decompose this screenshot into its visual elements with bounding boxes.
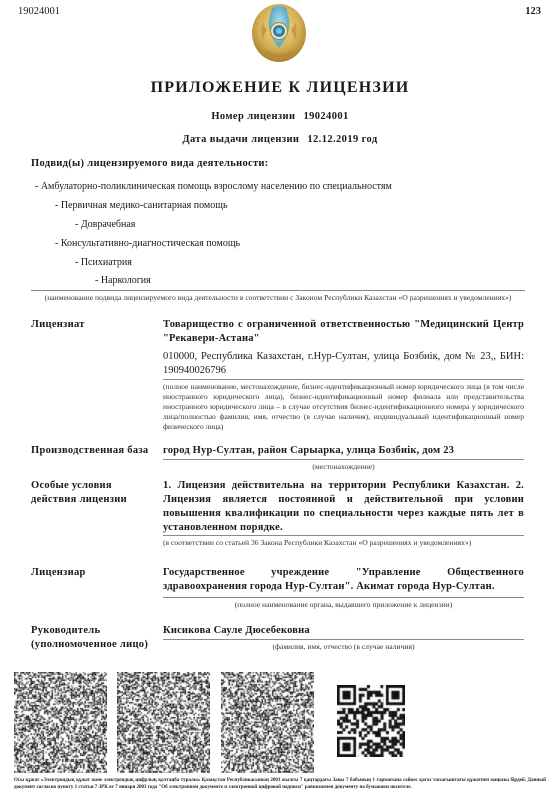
document-number: 19024001	[18, 6, 60, 17]
licensee-label: Лицензиат	[31, 318, 85, 332]
head-label: Руководитель (уполномоченное лицо)	[31, 624, 161, 652]
special-conditions-caption: (в соответствии со статьей 36 Закона Рес…	[163, 538, 524, 548]
divider	[163, 535, 524, 536]
head-value: Кисикова Сауле Дюсебековна	[163, 624, 524, 638]
license-number-value: 19024001	[303, 111, 348, 122]
production-base-label: Производственная база	[31, 444, 148, 458]
page-number: 123	[525, 6, 541, 17]
signature-barcode	[117, 672, 210, 773]
subtype-item: - Консультативно-диагностическая помощь	[55, 238, 240, 249]
licensee-caption: (полное наименование, местонахождение, б…	[163, 382, 524, 432]
licensee-address: 010000, Республика Казахстан, г.Нур-Султ…	[163, 350, 524, 378]
subtype-item: - Наркология	[95, 275, 151, 286]
licensor-value: Государственное учреждение "Управление О…	[163, 566, 524, 594]
divider	[163, 639, 524, 640]
special-conditions-value: 1. Лицензия действительна на территории …	[163, 479, 524, 535]
issue-date-value: 12.12.2019 год	[307, 134, 377, 145]
divider	[163, 379, 524, 380]
production-base-caption: (местонахождение)	[163, 462, 524, 472]
subtype-item: - Психиатрия	[75, 257, 132, 268]
subtype-item: - Доврачебная	[75, 219, 135, 230]
license-number-label: Номер лицензии	[211, 111, 295, 122]
licensor-label: Лицензиар	[31, 566, 86, 580]
subtype-item: - Первичная медико-санитарная помощь	[55, 200, 228, 211]
footer-disclaimer: Осы құжат «Электрондық құжат және электр…	[14, 777, 546, 791]
head-caption: (фамилия, имя, отчество (в случае наличи…	[163, 642, 524, 652]
subtypes-caption: (наименование подвида лицензируемого вид…	[31, 293, 525, 303]
licensor-caption: (полное наименование органа, выдавшего п…	[163, 600, 524, 610]
issue-date-row: Дата выдачи лицензии12.12.2019 год	[0, 134, 560, 145]
divider	[163, 597, 524, 598]
subtypes-heading: Подвид(ы) лицензируемого вида деятельнос…	[31, 158, 269, 169]
divider	[163, 459, 524, 460]
state-emblem-icon	[249, 2, 309, 64]
divider	[31, 290, 525, 291]
subtype-item: - Амбулаторно-поликлиническая помощь взр…	[35, 181, 392, 192]
issue-date-label: Дата выдачи лицензии	[182, 134, 299, 145]
license-number-row: Номер лицензии19024001	[0, 111, 560, 122]
production-base-value: город Нур-Султан, район Сарыарка, улица …	[163, 444, 524, 458]
signature-barcode	[221, 672, 314, 773]
page-title: ПРИЛОЖЕНИЕ К ЛИЦЕНЗИИ	[0, 79, 560, 97]
signature-barcode	[14, 672, 107, 773]
special-conditions-label: Особые условия действия лицензии	[31, 479, 151, 507]
qr-code	[337, 685, 405, 757]
licensee-name: Товарищество с ограниченной ответственно…	[163, 318, 524, 346]
